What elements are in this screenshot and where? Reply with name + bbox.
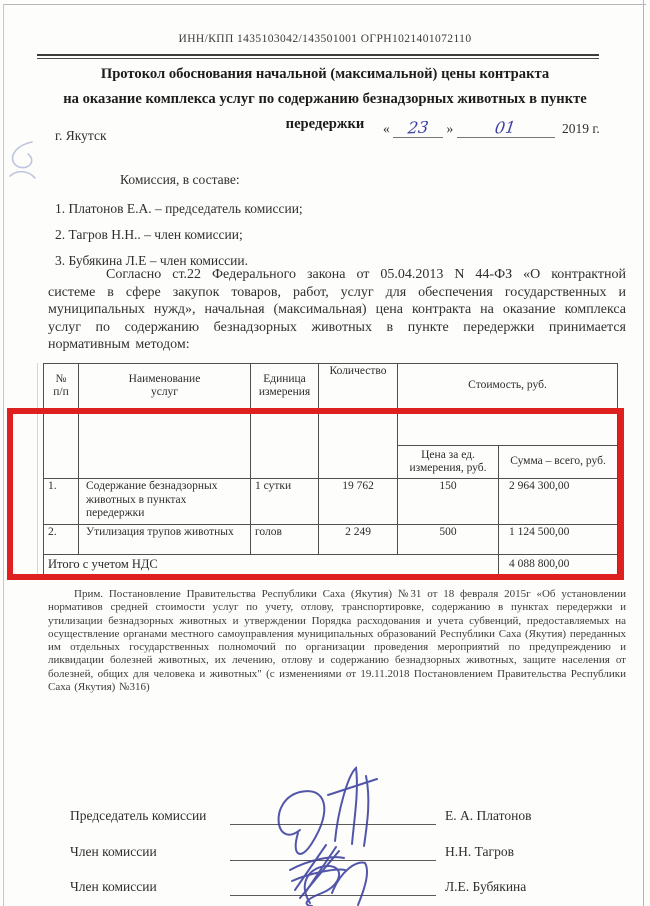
date-month-handwritten: 01 [494, 117, 517, 137]
row1-quantity: 19 762 [319, 479, 398, 525]
date-open-quote: « [383, 121, 390, 136]
footnote-paragraph: Прим. Постановление Правительства Респуб… [48, 588, 626, 694]
row2-num: 2. [44, 525, 79, 555]
total-label: Итого с учетом НДС [44, 555, 499, 575]
scan-fold-artifact [37, 363, 38, 577]
header-unit: Единица измерения [251, 364, 319, 409]
scan-frame-left [3, 4, 4, 906]
row2-service-name: Утилизация трупов животных [79, 525, 251, 555]
scan-frame-right [643, 0, 644, 906]
table-row: 2. Утилизация трупов животных голов 2 24… [44, 525, 618, 555]
header-double-rule [37, 54, 599, 59]
signature-name: Л.Е. Бубякина [445, 879, 526, 896]
signature-name: Н.Н. Тагров [445, 844, 514, 861]
row1-unit-price: 150 [398, 479, 499, 525]
table-row: 1. Содержание безнадзорных животных в пу… [44, 479, 618, 525]
signature-name: Е. А. Платонов [445, 808, 531, 825]
commission-intro: Комиссия, в составе: [120, 172, 240, 188]
empty-cell [319, 409, 398, 479]
margin-pen-scribble [2, 136, 42, 180]
subheader-total-sum: Сумма – всего, руб. [499, 446, 618, 479]
signature-line [230, 842, 436, 861]
header-quantity: Количество [319, 364, 398, 409]
signature-role: Председатель комиссии [70, 808, 230, 825]
law-paragraph: Согласно ст.22 Федерального закона от 05… [48, 266, 626, 354]
signature-row-member-1: Член комиссии Н.Н. Тагров [70, 842, 555, 861]
empty-cell [44, 409, 79, 479]
signature-row-member-2: Член комиссии Л.Е. Бубякина [70, 877, 555, 896]
cost-justification-table: № п/п Наименование услуг Единица измерен… [43, 363, 618, 575]
empty-cell [398, 409, 618, 446]
date-line: « 23 » 01 2019 г. [383, 118, 633, 138]
date-day-handwritten: 23 [407, 117, 430, 137]
header-cost: Стоимость, руб. [398, 364, 618, 409]
scan-frame-top [4, 4, 646, 5]
commission-members: 1. Платонов Е.А. – председатель комиссии… [55, 196, 303, 274]
scanned-document-page: ИНН/КПП 1435103042/143501001 ОГРН1021401… [0, 0, 650, 906]
signature-role: Член комиссии [70, 879, 230, 896]
row2-unit: голов [251, 525, 319, 555]
subheader-unit-price: Цена за ед. измерения, руб. [398, 446, 499, 479]
row1-total-sum: 2 964 300,00 [499, 479, 618, 525]
commission-member-2: 2. Тагров Н.Н.. – член комиссии; [55, 222, 303, 248]
empty-cell [251, 409, 319, 479]
signature-platonov-ink [328, 779, 377, 795]
city-label: г. Якутск [55, 128, 107, 144]
row2-unit-price: 500 [398, 525, 499, 555]
table-spacer-row [44, 409, 618, 446]
date-month-slot: 01 [457, 118, 555, 138]
header-service-name: Наименование услуг [79, 364, 251, 409]
date-day-slot: 23 [393, 118, 443, 138]
total-value: 4 088 800,00 [499, 555, 618, 575]
table-header-row: № п/п Наименование услуг Единица измерен… [44, 364, 618, 409]
empty-cell [79, 409, 251, 479]
header-num: № п/п [44, 364, 79, 409]
inn-kpp-ogrn-line: ИНН/КПП 1435103042/143501001 ОГРН1021401… [0, 33, 650, 45]
signature-line [230, 806, 436, 825]
row2-quantity: 2 249 [319, 525, 398, 555]
commission-member-1: 1. Платонов Е.А. – председатель комиссии… [55, 196, 303, 222]
row1-unit: 1 сутки [251, 479, 319, 525]
title-line-2: на оказание комплекса услуг по содержани… [25, 87, 625, 112]
date-year: 2019 г. [562, 121, 600, 136]
row1-num: 1. [44, 479, 79, 525]
signature-row-chairman: Председатель комиссии Е. А. Платонов [70, 806, 555, 825]
row1-service-name: Содержание безнадзорных животных в пункт… [79, 479, 251, 525]
row2-total-sum: 1 124 500,00 [499, 525, 618, 555]
date-close-quote: » [447, 121, 454, 136]
signature-line [230, 877, 436, 896]
title-line-1: Протокол обоснования начальной (максимал… [25, 62, 625, 87]
table-total-row: Итого с учетом НДС 4 088 800,00 [44, 555, 618, 575]
signature-role: Член комиссии [70, 844, 230, 861]
